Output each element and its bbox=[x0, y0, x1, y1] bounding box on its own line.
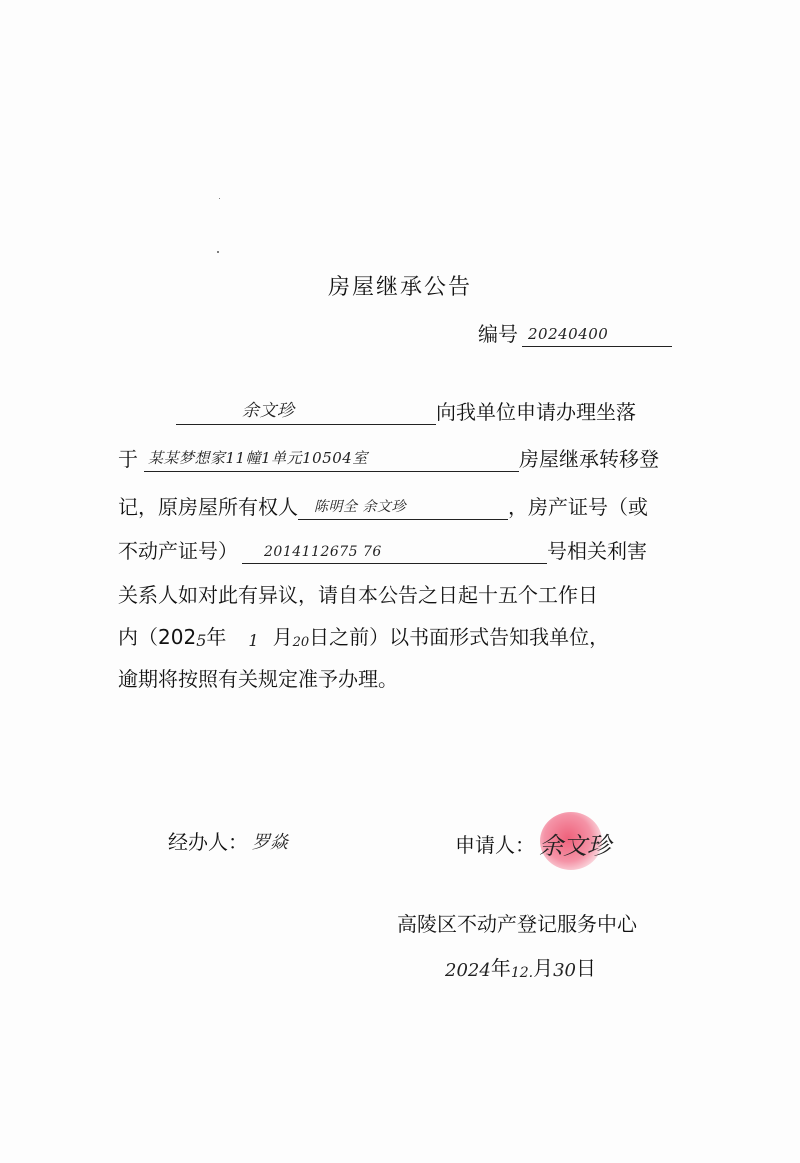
document-title: 房屋继承公告 bbox=[0, 270, 800, 301]
scan-speck bbox=[217, 251, 219, 253]
body-line-5: 关系人如对此有异议，请自本公告之日起十五个工作日 bbox=[118, 578, 688, 608]
serial-label: 编号 bbox=[478, 318, 518, 347]
line3-suffix: ，房产证号（或 bbox=[508, 491, 648, 520]
serial-value: 20240400 bbox=[528, 325, 608, 343]
body-line-6: 内（202 5 年 1 月 20 日之前）以书面形式告知我单位， bbox=[118, 620, 688, 650]
deadline-day: 20 bbox=[293, 635, 310, 650]
property-address-field: 某某梦想家11幢1单元10504室 bbox=[144, 445, 519, 472]
applicant-signature: 余文珍 bbox=[539, 826, 611, 861]
line4-prefix: 不动产证号） bbox=[118, 535, 238, 564]
property-address: 某某梦想家11幢1单元10504室 bbox=[148, 447, 368, 468]
line5-text: 关系人如对此有异议，请自本公告之日起十五个工作日 bbox=[118, 579, 598, 608]
notice-page: 房屋继承公告 编号 20240400 余文珍 向我单位申请办理坐落 于 某某梦想… bbox=[0, 0, 800, 1163]
deadline-year: 5 bbox=[196, 631, 206, 650]
line4-suffix: 号相关利害 bbox=[547, 535, 647, 564]
line1-text: 向我单位申请办理坐落 bbox=[436, 396, 636, 425]
applicant-name: 余文珍 bbox=[242, 396, 295, 421]
line2-prefix: 于 bbox=[118, 443, 138, 472]
applicant-field: 余文珍 bbox=[236, 398, 436, 425]
date-month: 12. bbox=[511, 965, 533, 981]
original-owners-field: 陈明全 余文珍 bbox=[298, 493, 508, 520]
body-line-3: 记，原房屋所有权人 陈明全 余文珍 ，房产证号（或 bbox=[118, 490, 688, 520]
body-line-1: 余文珍 向我单位申请办理坐落 bbox=[118, 395, 688, 425]
body-line-4: 不动产证号） 2014112675 76 号相关利害 bbox=[118, 534, 688, 564]
issuing-organization: 高陵区不动产登记服务中心 bbox=[397, 908, 637, 937]
applicant-signature-row: 申请人： 余文珍 bbox=[455, 826, 611, 861]
line6-prefix: 内（202 bbox=[118, 621, 196, 650]
scan-speck bbox=[219, 198, 220, 199]
certificate-number: 2014112675 76 bbox=[264, 544, 382, 560]
original-owners: 陈明全 余文珍 bbox=[314, 496, 406, 516]
line2-suffix: 房屋继承转移登 bbox=[519, 443, 659, 472]
date-day-label: 日 bbox=[576, 952, 596, 981]
body-line-7: 逾期将按照有关规定准予办理。 bbox=[118, 662, 688, 692]
certificate-number-field: 2014112675 76 bbox=[242, 537, 547, 564]
handler-label: 经办人： bbox=[168, 826, 248, 855]
issue-date: 2024 年 12. 月 30 日 bbox=[445, 952, 596, 981]
date-year-label: 年 bbox=[491, 952, 511, 981]
applicant-label: 申请人： bbox=[455, 829, 535, 858]
line6-year-suffix: 年 bbox=[206, 621, 226, 650]
line7-text: 逾期将按照有关规定准予办理。 bbox=[118, 663, 398, 692]
date-month-label: 月 bbox=[533, 952, 553, 981]
serial-field: 20240400 bbox=[522, 320, 672, 347]
body-line-2: 于 某某梦想家11幢1单元10504室 房屋继承转移登 bbox=[118, 442, 688, 472]
line6-suffix: 日之前）以书面形式告知我单位， bbox=[309, 621, 609, 650]
line6-month-suffix: 月 bbox=[273, 621, 293, 650]
deadline-month: 1 bbox=[248, 631, 258, 650]
date-year: 2024 bbox=[445, 960, 491, 981]
line3-prefix: 记，原房屋所有权人 bbox=[118, 491, 298, 520]
applicant-blank-left bbox=[176, 398, 236, 425]
handler-signature: 罗焱 bbox=[252, 828, 288, 854]
handler-signature-row: 经办人： 罗焱 bbox=[168, 826, 288, 855]
serial-number: 编号 20240400 bbox=[478, 318, 672, 347]
date-day: 30 bbox=[553, 960, 576, 981]
